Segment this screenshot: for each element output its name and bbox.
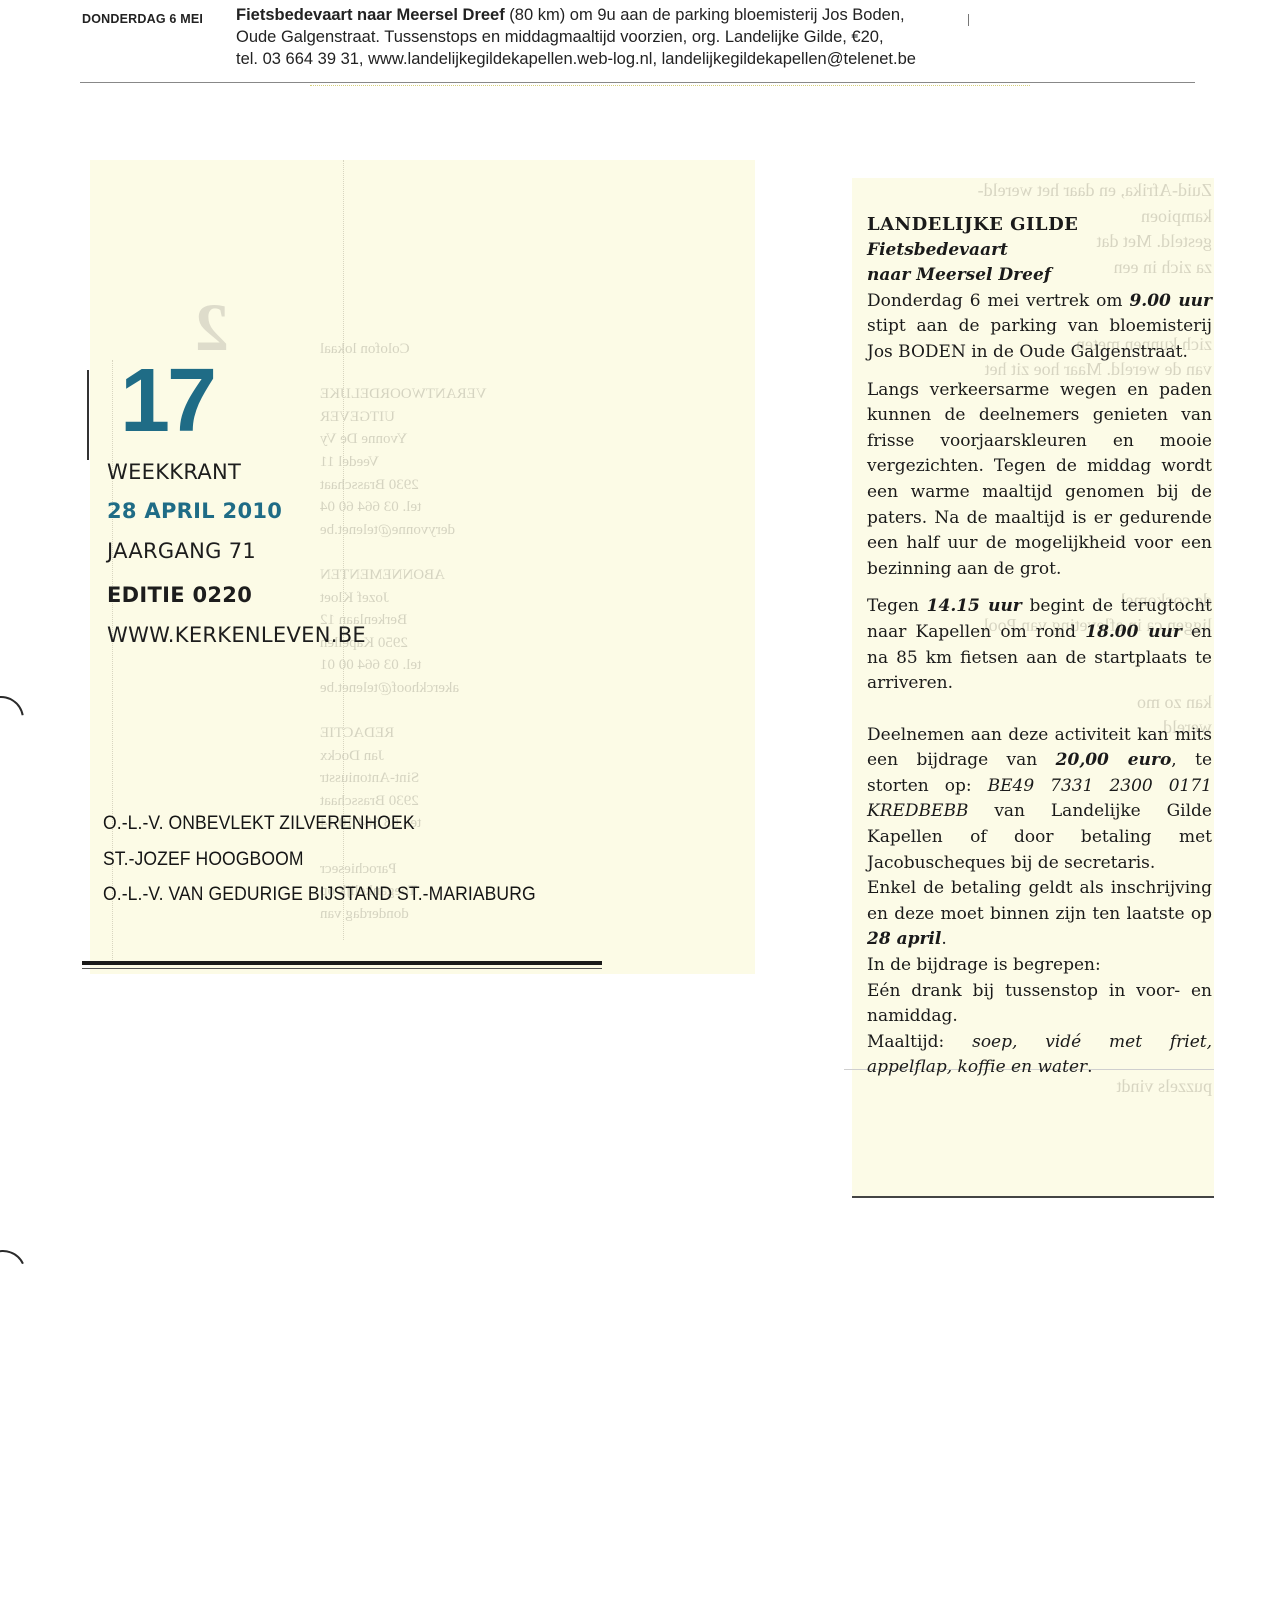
article-paragraph: Langs verkeersarme wegen en paden kunnen… xyxy=(867,378,1212,583)
edition: EDITIE 0220 xyxy=(107,583,252,607)
article-heading: LANDELIJKE GILDE xyxy=(867,212,1212,238)
event-line-1: (80 km) om 9u aan de parking bloemisteri… xyxy=(505,6,905,24)
text-run: . xyxy=(941,929,946,949)
article-paragraph: Deelnemen aan deze activiteit kan mits e… xyxy=(867,723,1212,877)
emphasis-text: 9.00 uur xyxy=(1129,291,1212,311)
article-subheading: naar Meersel Dreef xyxy=(867,263,1212,289)
masthead-clipping: 2 Colofon lokaal VERANTWOORDELIJKE UITGE… xyxy=(90,160,755,974)
parish-list: O.-L.-V. ONBEVLEKT ZILVERENHOEK ST.-JOZE… xyxy=(103,812,536,919)
text-run: Enkel de betaling geldt als inschrijving… xyxy=(867,878,1212,924)
text-run: Maaltijd: xyxy=(867,1032,972,1052)
parish-item: O.-L.-V. ONBEVLEKT ZILVERENHOEK xyxy=(103,812,536,848)
issue-date: 28 APRIL 2010 xyxy=(107,499,282,523)
event-title: Fietsbedevaart naar Meersel Dreef xyxy=(236,6,505,24)
event-listing-text: Fietsbedevaart naar Meersel Dreef (80 km… xyxy=(236,4,1116,70)
emphasis-text: 20,00 euro xyxy=(1056,750,1172,770)
punch-hole-mark xyxy=(0,687,33,751)
article-paragraph: Eén drank bij tussenstop in voor- en nam… xyxy=(867,979,1212,1030)
article-subheading: Fietsbedevaart xyxy=(867,238,1212,264)
punch-hole-mark xyxy=(0,1244,32,1303)
article-clipping: Zuid-Afrika, en daar het wereld- kampioe… xyxy=(852,178,1214,1198)
event-line-2: Oude Galgenstraat. Tussenstops en middag… xyxy=(236,28,884,46)
article-paragraph: Maaltijd: soep, vidé met friet, appelfla… xyxy=(867,1030,1212,1081)
emphasis-text: 14.15 uur xyxy=(927,596,1022,616)
masthead-bottom-rule xyxy=(82,968,602,969)
article-body: LANDELIJKE GILDE Fietsbedevaart naar Mee… xyxy=(867,212,1212,1081)
masthead-rule xyxy=(87,370,89,460)
emphasis-text: 18.00 uur xyxy=(1085,622,1182,642)
text-run: Donderdag 6 mei vertrek om xyxy=(867,291,1129,311)
article-paragraph: Donderdag 6 mei vertrek om 9.00 uur stip… xyxy=(867,289,1212,366)
parish-item: ST.-JOZEF HOOGBOOM xyxy=(103,848,536,884)
paper-type: WEEKKRANT xyxy=(107,460,241,484)
article-paragraph: Enkel de betaling geldt als inschrijving… xyxy=(867,876,1212,953)
text-run: Tegen xyxy=(867,596,927,616)
website-link[interactable]: WWW.KERKENLEVEN.BE xyxy=(107,623,366,647)
event-day: DONDERDAG 6 MEI xyxy=(82,12,203,26)
text-run: . xyxy=(1087,1057,1092,1077)
event-line-3: tel. 03 664 39 31, www.landelijkegildeka… xyxy=(236,50,916,68)
article-paragraph: In de bijdrage is begrepen: xyxy=(867,953,1212,979)
article-paragraph: Tegen 14.15 uur begint de terugtocht naa… xyxy=(867,594,1212,696)
parish-item: O.-L.-V. VAN GEDURIGE BIJSTAND ST.-MARIA… xyxy=(103,883,536,919)
emphasis-text: 28 april xyxy=(867,929,941,949)
text-run: stipt aan de parking van bloemisterij Jo… xyxy=(867,316,1212,362)
article-bottom-rule xyxy=(852,1196,1214,1198)
masthead-bottom-rule xyxy=(82,961,602,965)
volume: JAARGANG 71 xyxy=(107,539,256,563)
issue-number: 17 xyxy=(120,356,214,446)
